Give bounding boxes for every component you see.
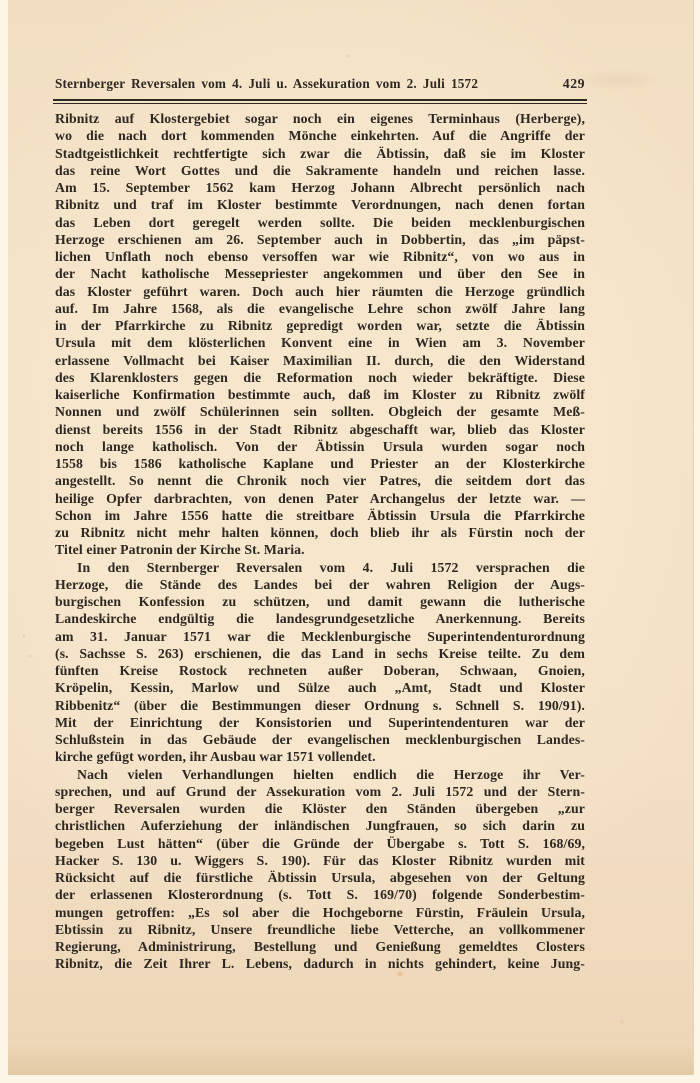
paragraph: In den Sternberger Reversalen vom 4. Jul… xyxy=(55,559,585,766)
page-number: 429 xyxy=(563,76,585,92)
text-line: das reine Wort Gottes und die Sakramente… xyxy=(55,162,585,179)
text-line: kirche gefügt worden, ihr Ausbau war 157… xyxy=(55,748,585,765)
text-line: Ebtissin zu Ribnitz, Unsere freundliche … xyxy=(55,921,585,938)
text-line: Schon im Jahre 1556 hatte die streitbare… xyxy=(55,507,585,524)
text-line: Hacker S. 130 u. Wiggers S. 190). Für da… xyxy=(55,852,585,869)
text-line: auf. Im Jahre 1568, als die evangelische… xyxy=(55,300,585,317)
paragraph: Ribnitz auf Klostergebiet sogar noch ein… xyxy=(55,110,585,559)
text-line: In den Sternberger Reversalen vom 4. Jul… xyxy=(55,559,585,576)
text-line: burgischen Konfession zu schützen, und d… xyxy=(55,593,585,610)
text-line: Herzoge, die Stände des Landes bei der w… xyxy=(55,576,585,593)
text-line: dienst bereits 1556 in der Stadt Ribnitz… xyxy=(55,421,585,438)
text-line: am 31. Januar 1571 war die Mecklenburgis… xyxy=(55,628,585,645)
text-line: der erlassenen Klosterordnung (s. Tott S… xyxy=(55,886,585,903)
header-double-rule xyxy=(53,99,587,104)
text-line: Ribbenitz“ (über die Bestimmungen dieser… xyxy=(55,697,585,714)
text-line: in der Pfarrkirche zu Ribnitz gepredigt … xyxy=(55,317,585,334)
text-line: heilige Opfer darbrachten, von denen Pat… xyxy=(55,490,585,507)
text-line: Kröpelin, Kessin, Marlow und Sülze auch … xyxy=(55,679,585,696)
text-line: Titel einer Patronin der Kirche St. Mari… xyxy=(55,541,585,558)
text-line: christlichen Auferziehung der inländisch… xyxy=(55,817,585,834)
text-line: angestellt. So nennt die Chronik noch vi… xyxy=(55,472,585,489)
text-line: lichen Unflath noch ebenso versoffen war… xyxy=(55,248,585,265)
text-line: erlassene Vollmacht bei Kaiser Maximilia… xyxy=(55,352,585,369)
text-line: Stadtgeistlichkeit rechtfertigte sich zw… xyxy=(55,145,585,162)
text-line: Ursula mit dem klösterlichen Konvent ein… xyxy=(55,334,585,351)
text-line: 1558 bis 1586 katholische Kaplane und Pr… xyxy=(55,455,585,472)
text-line: mungen getroffen: „Es sol aber die Hochg… xyxy=(55,904,585,921)
text-line: Nach vielen Verhandlungen hielten endlic… xyxy=(55,766,585,783)
text-line: (s. Sachsse S. 263) erschienen, die das … xyxy=(55,645,585,662)
text-line: kaiserliche Konfirmation bestimmte auch,… xyxy=(55,386,585,403)
text-line: Nonnen und zwölf Schülerinnen sein sollt… xyxy=(55,403,585,420)
text-block: Ribnitz auf Klostergebiet sogar noch ein… xyxy=(55,110,585,973)
text-line: berger Reversalen wurden die Klöster den… xyxy=(55,800,585,817)
text-line: Ribnitz und traf im Kloster bestimmte Ve… xyxy=(55,196,585,213)
text-line: Am 15. September 1562 kam Herzog Johann … xyxy=(55,179,585,196)
text-line: begeben Lust hätten“ (über die Gründe de… xyxy=(55,835,585,852)
text-line: der Nacht katholische Messepriester ange… xyxy=(55,265,585,282)
running-header-title: Sternberger Reversalen vom 4. Juli u. As… xyxy=(55,76,478,92)
text-line: Ribnitz, die Zeit Ihrer L. Lebens, dadur… xyxy=(55,955,585,972)
text-line: Ribnitz auf Klostergebiet sogar noch ein… xyxy=(55,110,585,127)
text-line: fünften Kreise Rostock rechneten außer D… xyxy=(55,662,585,679)
text-line: des Klarenklosters gegen die Reformation… xyxy=(55,369,585,386)
scanned-book-page: Sternberger Reversalen vom 4. Juli u. As… xyxy=(8,0,694,1075)
text-line: Schlußstein in das Gebäude der evangelis… xyxy=(55,731,585,748)
text-line: das Leben dort geregelt werden sollte. D… xyxy=(55,214,585,231)
text-line: wo die nach dort kommenden Mönche einkeh… xyxy=(55,127,585,144)
paragraph: Nach vielen Verhandlungen hielten endlic… xyxy=(55,766,585,973)
text-line: Herzoge erschienen am 26. September auch… xyxy=(55,231,585,248)
text-line: das Kloster geführt waren. Doch auch hie… xyxy=(55,283,585,300)
text-line: noch lange katholisch. Von der Äbtissin … xyxy=(55,438,585,455)
text-line: Mit der Einrichtung der Konsistorien und… xyxy=(55,714,585,731)
text-line: sprechen, und auf Grund der Assekuration… xyxy=(55,783,585,800)
text-line: Rücksicht auf die fürstliche Äbtissin Ur… xyxy=(55,869,585,886)
text-line: Regierung, Administrirung, Bestellung un… xyxy=(55,938,585,955)
text-line: zu Ribnitz nicht mehr halten können, doc… xyxy=(55,524,585,541)
text-line: Landeskirche endgültig die landesgrundge… xyxy=(55,610,585,627)
running-header: Sternberger Reversalen vom 4. Juli u. As… xyxy=(55,76,585,92)
